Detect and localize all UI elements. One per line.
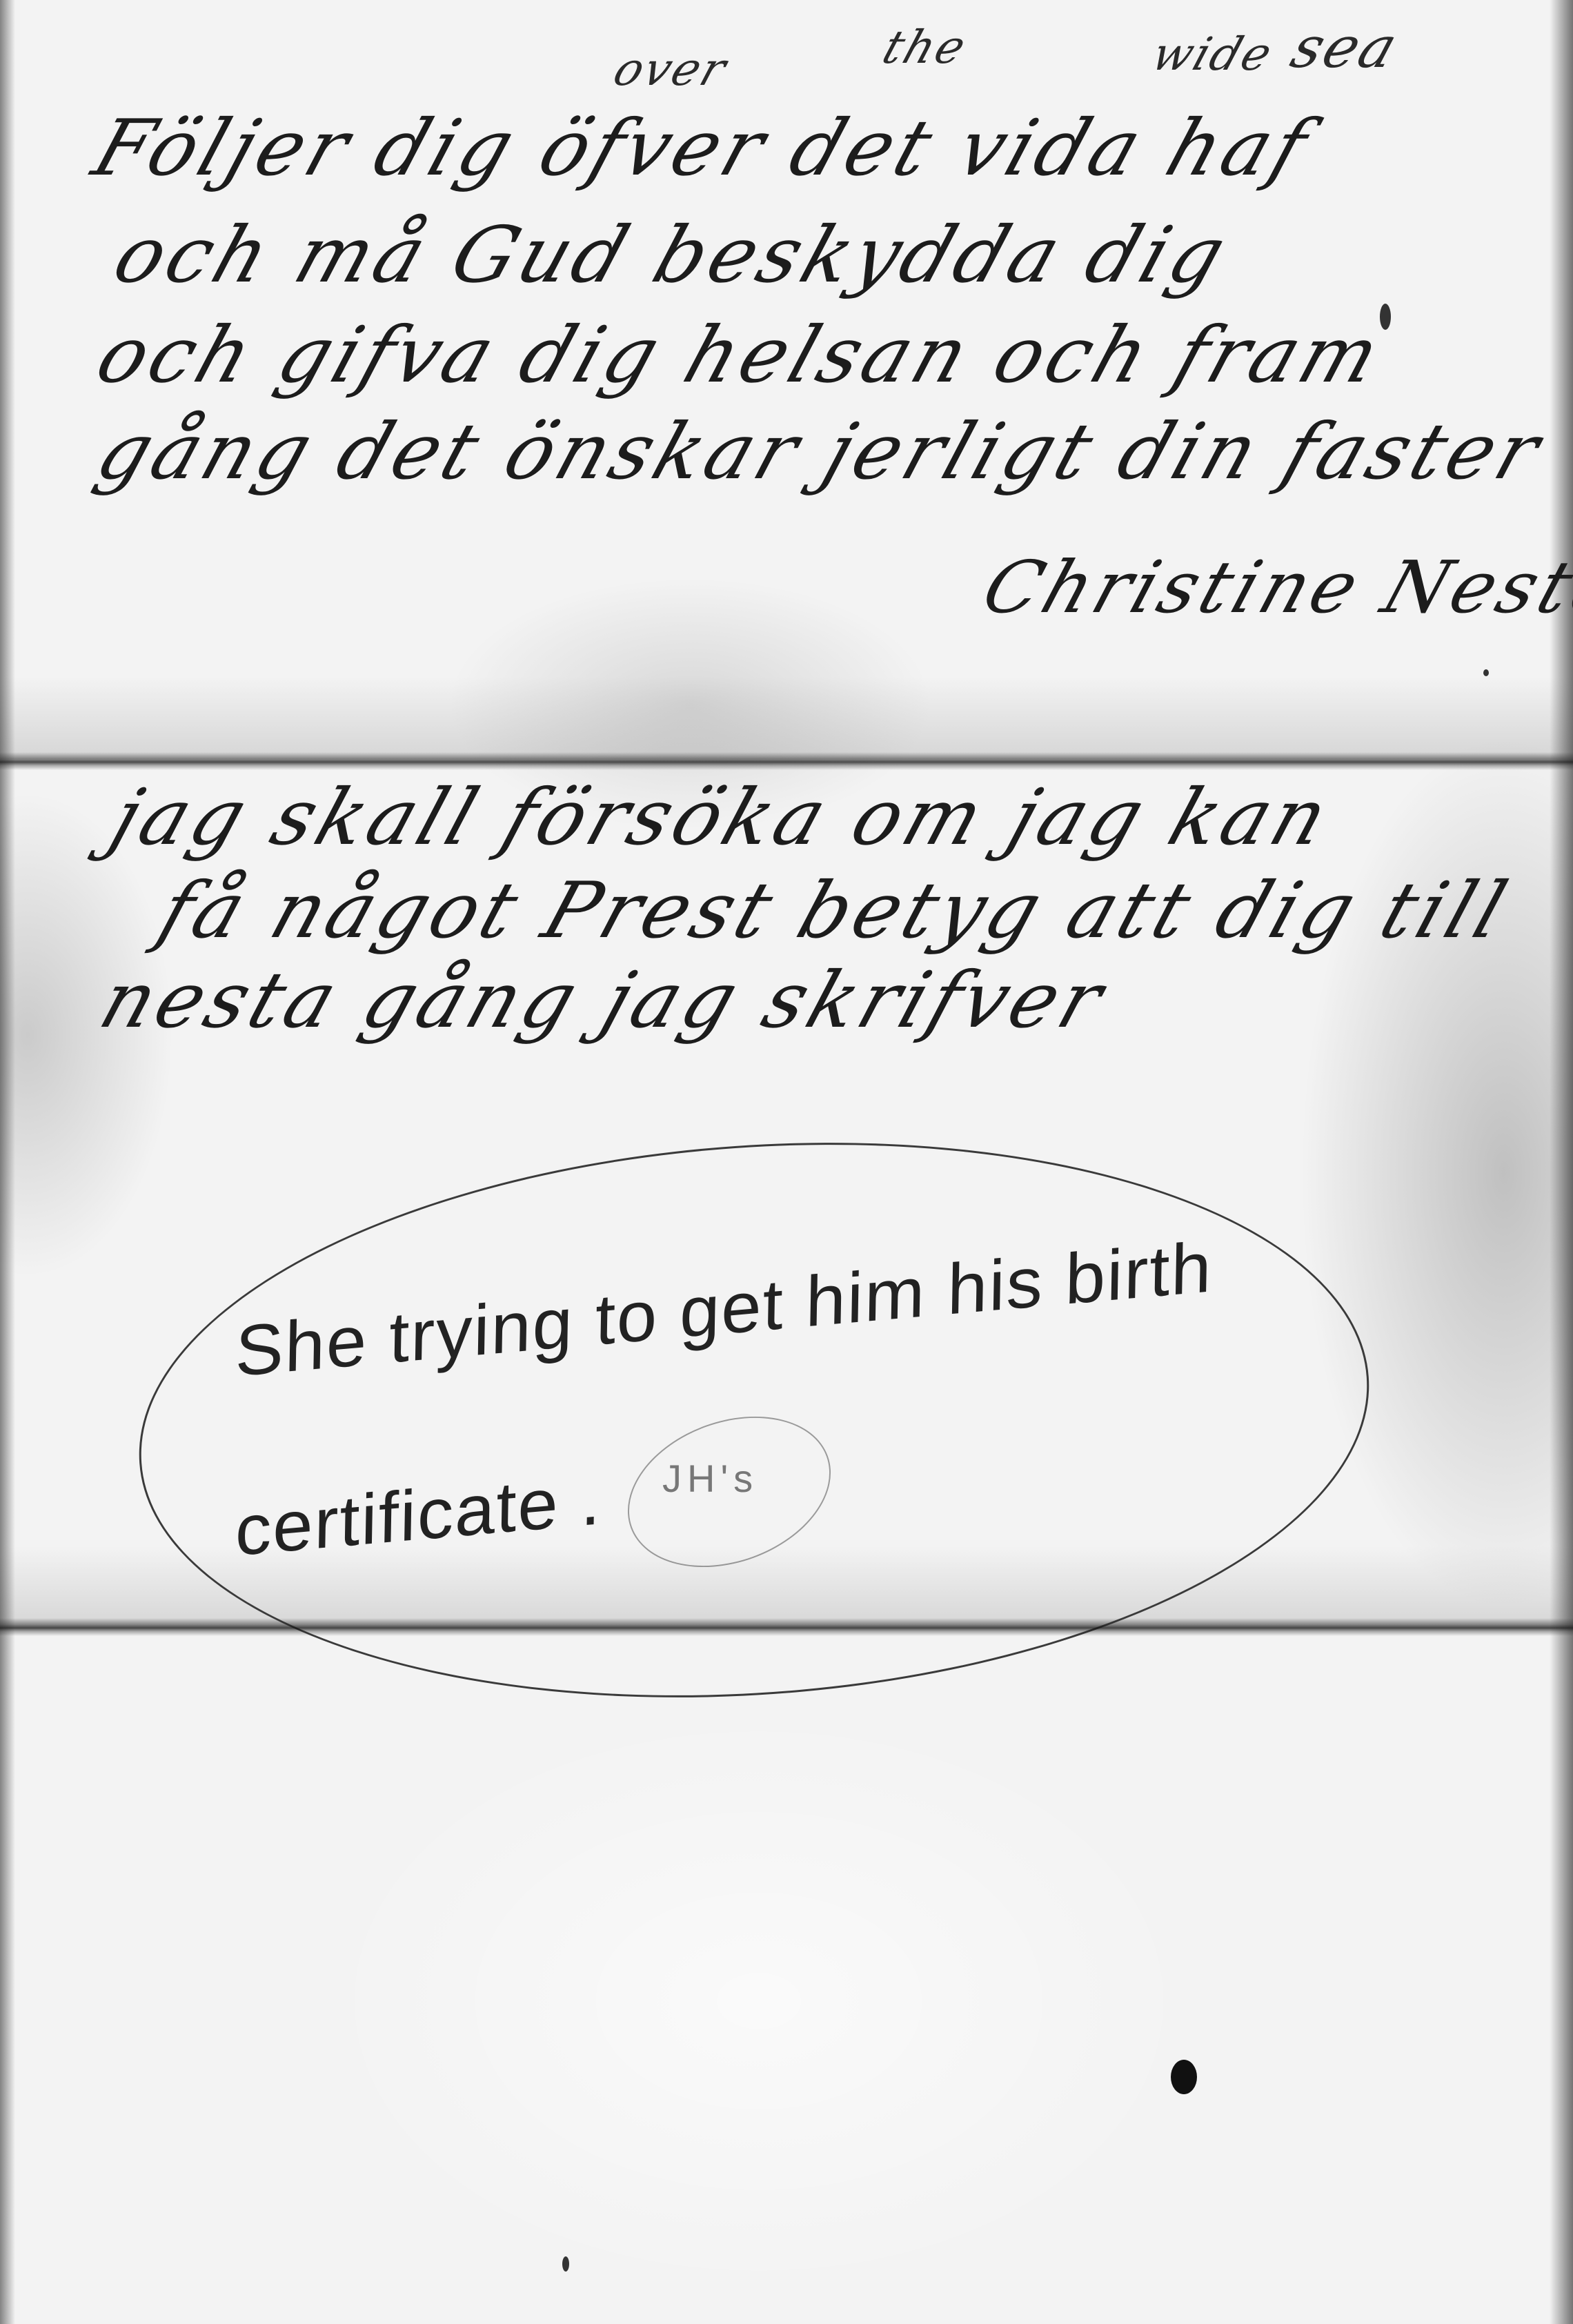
ink-blot [1171,2060,1197,2094]
postscript-line-1: jag skall försöka om jag kan [100,773,1343,863]
ink-speck [1483,669,1489,676]
fold-shadow-2 [0,1546,1573,1628]
postscript-line-3: nesta gång jag skrifver [90,956,1117,1045]
left-edge-shadow [0,0,15,2324]
ink-speck [562,2256,569,2272]
letter-line-3: och gifva dig helsan och fram [86,311,1394,400]
ink-speck [1380,304,1391,330]
signature: Christine Nestor [973,545,1573,629]
gloss-word-over: over [607,43,735,96]
gloss-word-sea: sea [1283,15,1407,81]
gloss-word-wide: wide [1145,28,1280,81]
letter-page: over the wide sea Följer dig öfver det v… [0,0,1573,2324]
postscript-line-2: få något Prest betyg att dig till [148,866,1521,956]
fold-line-1 [0,752,1573,770]
fold-line-2 [0,1618,1573,1636]
letter-line-2: och må Gud beskydda dig [103,210,1240,300]
fold-shadow-1 [0,676,1573,759]
right-edge-shadow [1550,0,1573,2324]
annotation-initials: JH's [662,1456,758,1501]
letter-line-1: Följer dig öfver det vida haf [83,104,1322,193]
gloss-word-the: the [876,21,974,74]
letter-line-4: gång det önskar jerligt din faster [86,407,1554,497]
